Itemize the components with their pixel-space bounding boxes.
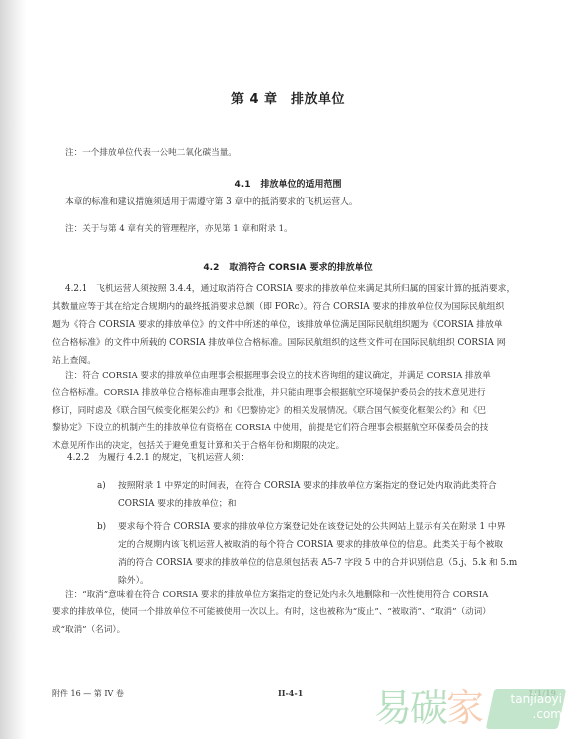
paragraph-line: 4.2.1 飞机运营人须按照 3.4.4，通过取消符合 CORSIA 要求的排放… xyxy=(52,280,542,298)
note-line: 位合格标准。CORSIA 排放单位合格标准由理事会批准，并只能由理事会根据航空环… xyxy=(52,385,542,402)
chapter-title: 第 4 章 排放单位 xyxy=(0,88,576,107)
list-item-line: CORSIA 要求的排放单位；和 xyxy=(118,495,537,513)
note-line: 注：符合 CORSIA 要求的排放单位由理事会根据理事会设立的技术咨询组的建议确… xyxy=(52,368,542,385)
watermark-char: 碳 xyxy=(410,686,446,730)
note-line: 修订，同时虑及《联合国气候变化框架公约》和《巴黎协定》的相关发展情况。《联合国气… xyxy=(52,403,542,420)
section-4-1-heading: 4.1排放单位的适用范围 xyxy=(0,177,576,190)
list-marker: a) xyxy=(97,477,106,495)
paragraph-line: 题为《符合 CORSIA 要求的排放单位》的文件中所述的单位，该排放单位满足国际… xyxy=(52,316,542,334)
paragraph-line: 位合格标准》的文件中所载的 CORSIA 排放单位合格标准。国际民航组织的这些文… xyxy=(52,334,542,352)
note-4-2-2: 注：“取消”意味着在符合 CORSIA 要求的排放单位方案指定的登记处内永久地删… xyxy=(52,587,542,639)
watermark-badge-text: tanjiaoyi .com xyxy=(496,692,562,722)
list-marker: b) xyxy=(97,518,106,536)
note-line: 或“取消”（名词）。 xyxy=(52,622,542,639)
list-item-body: 要求每个符合 CORSIA 要求的排放单位方案登记处在该登记处的公共网站上显示有… xyxy=(118,518,537,590)
watermark-char: 家 xyxy=(446,686,482,730)
list-item-b: b) 要求每个符合 CORSIA 要求的排放单位方案登记处在该登记处的公共网站上… xyxy=(97,518,537,594)
document-page: 第 4 章 排放单位 注：一个排放单位代表一公吨二氧化碳当量。 4.1排放单位的… xyxy=(0,0,576,739)
list-item-a: a) 按照附录 1 中界定的时间表，在符合 CORSIA 要求的排放单位方案指定… xyxy=(97,477,537,517)
note-4-2-1: 注：符合 CORSIA 要求的排放单位由理事会根据理事会设立的技术咨询组的建议确… xyxy=(52,368,542,455)
section-4-2-heading: 4.2取消符合 CORSIA 要求的排放单位 xyxy=(0,260,576,273)
intro-note: 注：一个排放单位代表一公吨二氧化碳当量。 xyxy=(65,145,535,162)
list-item-line: 按照附录 1 中界定的时间表，在符合 CORSIA 要求的排放单位方案指定的登记… xyxy=(118,477,537,495)
paragraph-4-2-1: 4.2.1 飞机运营人须按照 3.4.4，通过取消符合 CORSIA 要求的排放… xyxy=(52,280,542,370)
section-4-1-note: 注：关于与第 4 章有关的管理程序，亦见第 1 章和附录 1。 xyxy=(65,221,535,238)
footer-annex-label: 附件 16 — 第 IV 卷 xyxy=(52,688,124,699)
paragraph-line: 其数量应等于其在给定合规期内的最终抵消要求总额（即 FORc）。符合 CORSI… xyxy=(52,298,542,316)
section-title: 取消符合 CORSIA 要求的排放单位 xyxy=(229,263,372,273)
note-line: 黎协定》下设立的机制产生的排放单位有资格在 CORSIA 中使用，前提是它们符合… xyxy=(52,420,542,437)
footer-page-number: II-4-1 xyxy=(278,688,303,698)
paragraph-4-2-2-lead: 4.2.2 为履行 4.2.1 的规定，飞机运营人须： xyxy=(67,449,537,467)
section-number: 4.2 xyxy=(203,263,219,273)
watermark-characters: 易碳家 xyxy=(374,683,482,733)
list-item-line: 消的符合 CORSIA 要求的排放单位的信息须包括表 A5-7 字段 5 中的合… xyxy=(118,554,537,572)
list-item-line: 定的合规期内该飞机运营人被取消的每个符合 CORSIA 要求的排放单位的信息。此… xyxy=(118,536,537,554)
watermark-tld: .com xyxy=(496,707,562,722)
section-number: 4.1 xyxy=(235,180,251,190)
watermark-domain: tanjiaoyi xyxy=(496,692,562,707)
section-title: 排放单位的适用范围 xyxy=(260,180,341,190)
watermark-logo: 易碳家 tanjiaoyi .com xyxy=(374,683,570,735)
list-item-body: 按照附录 1 中界定的时间表，在符合 CORSIA 要求的排放单位方案指定的登记… xyxy=(118,477,537,513)
list-item-line: 要求每个符合 CORSIA 要求的排放单位方案登记处在该登记处的公共网站上显示有… xyxy=(118,518,537,536)
watermark-char: 易 xyxy=(374,686,410,730)
note-line: 要求的排放单位，使同一个排放单位不可能被使用一次以上。有时，这也被称为“废止”、… xyxy=(52,604,542,621)
note-line: 注：“取消”意味着在符合 CORSIA 要求的排放单位方案指定的登记处内永久地删… xyxy=(52,587,542,604)
section-4-1-body: 本章的标准和建议措施须适用于需遵守第 3 章中的抵消要求的飞机运营人。 xyxy=(65,193,535,211)
